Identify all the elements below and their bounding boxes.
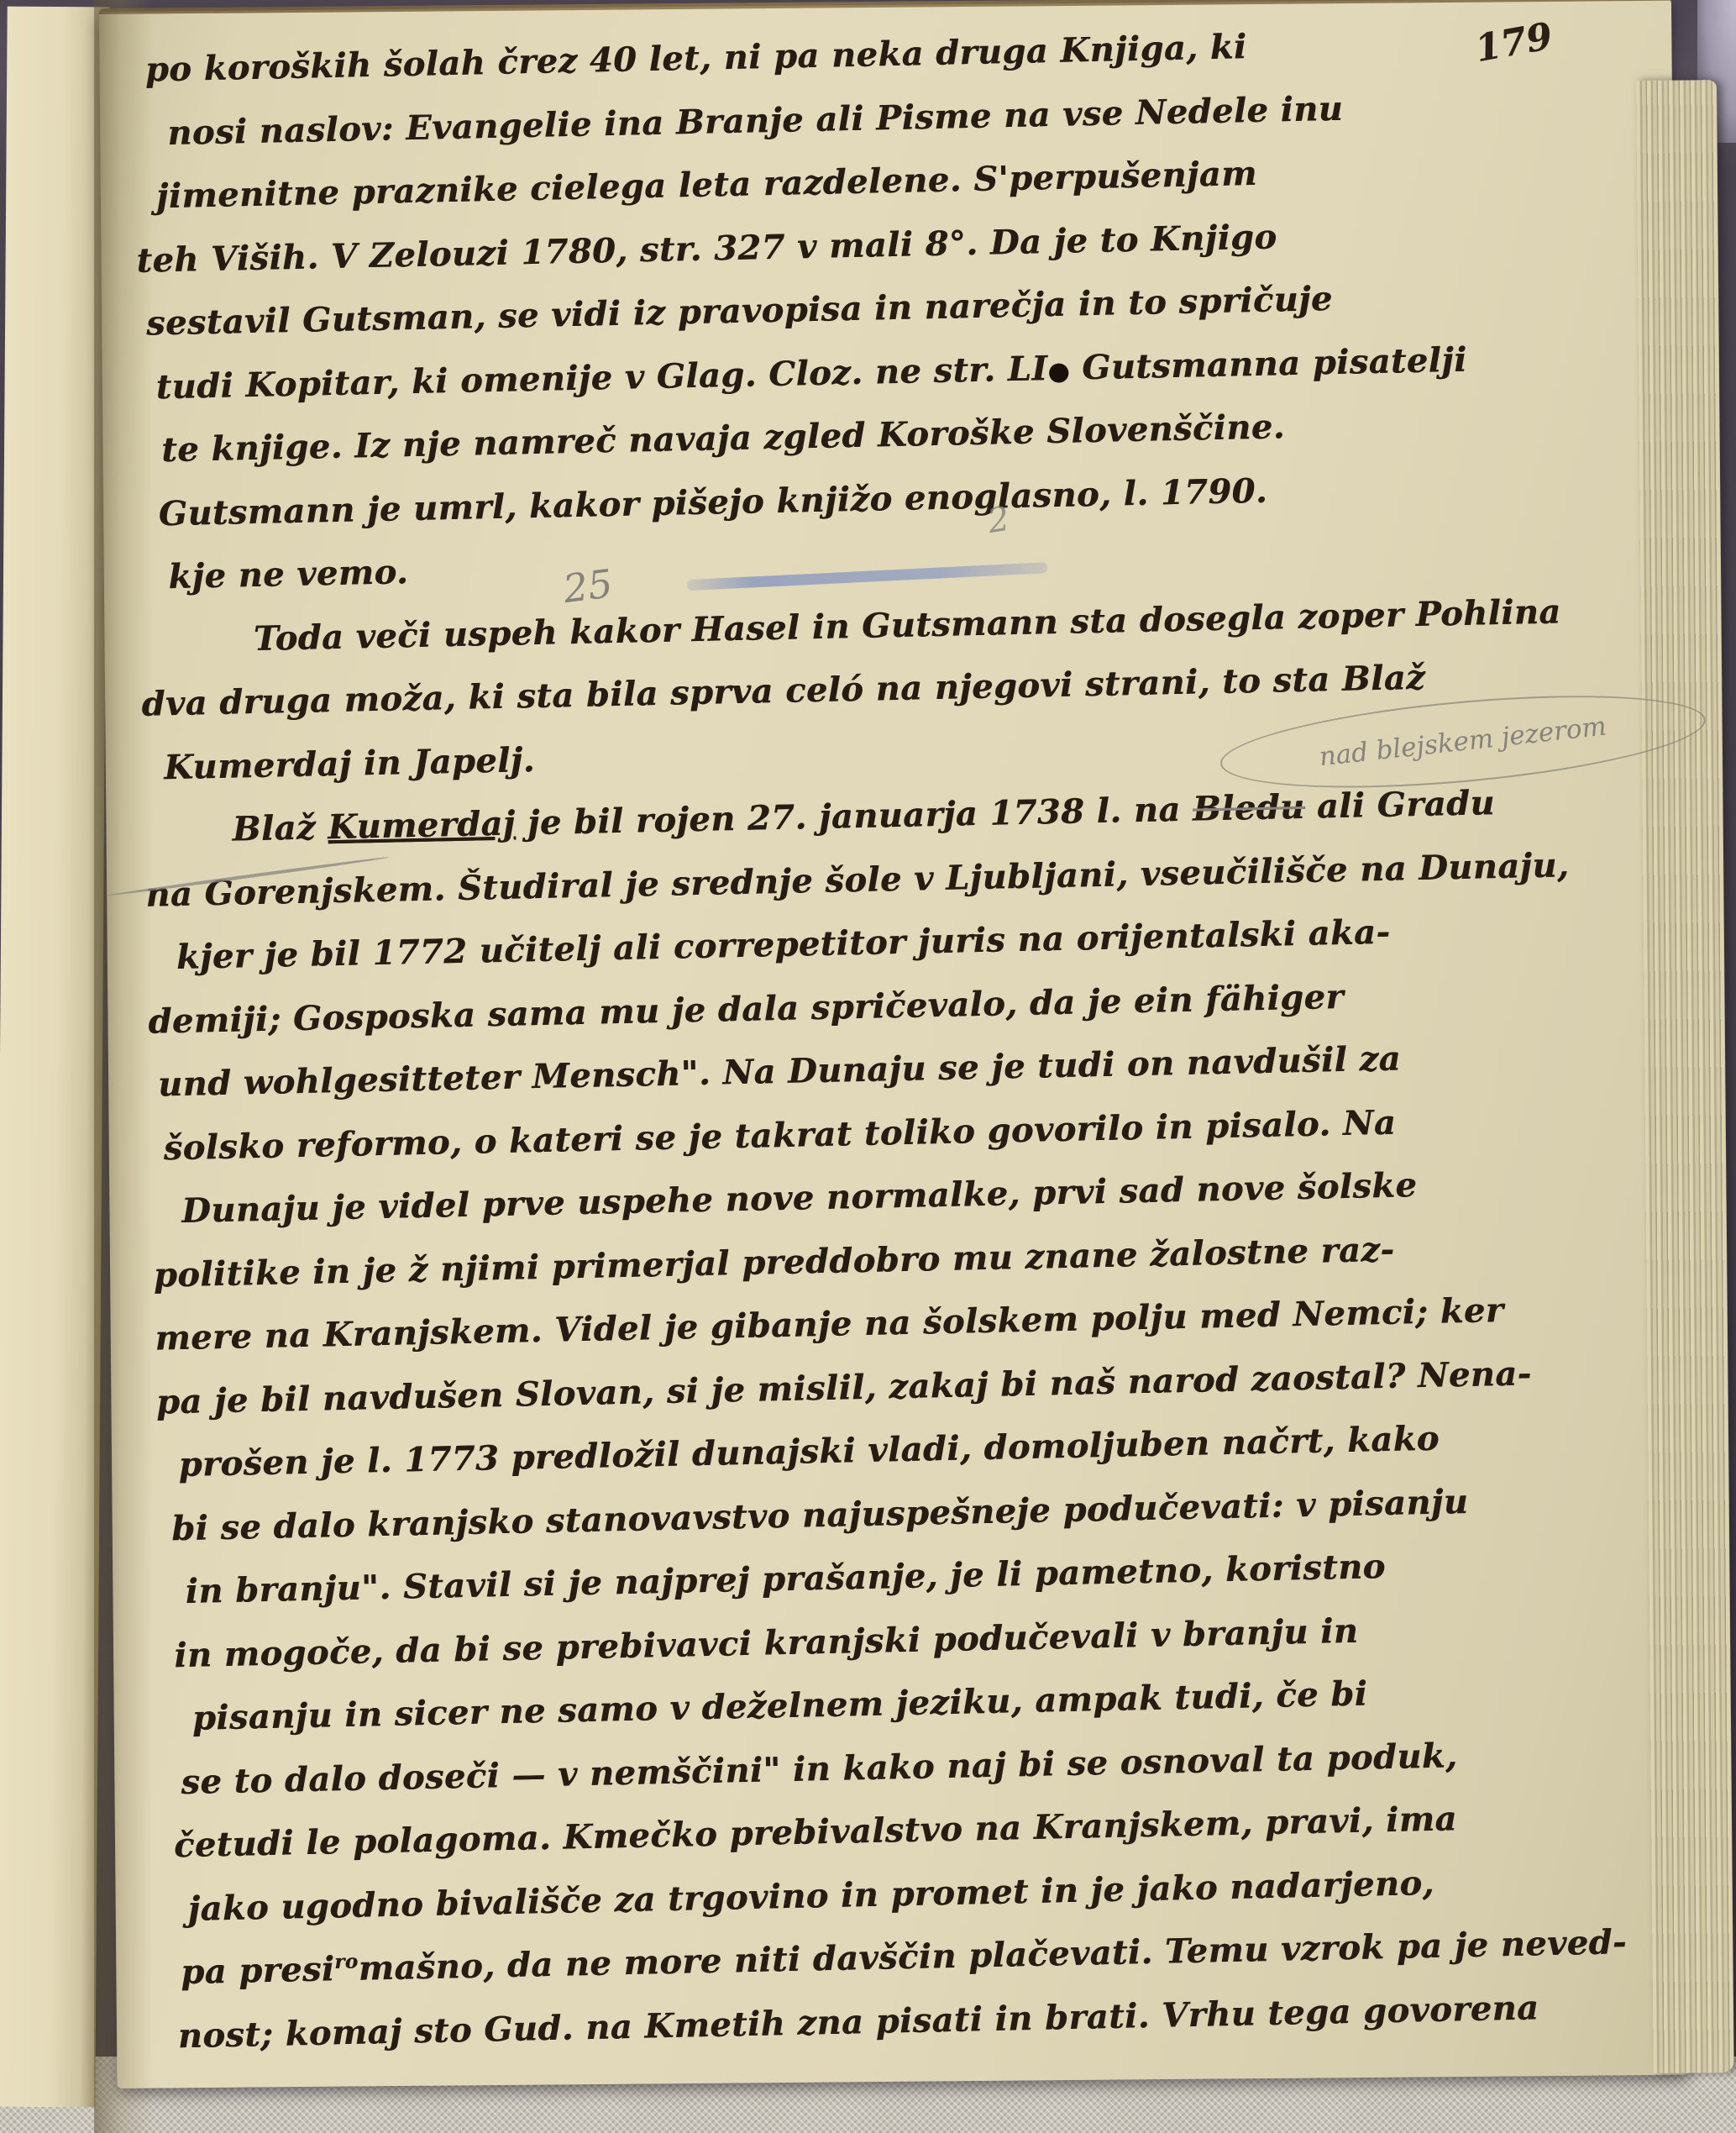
manuscript-photo: 179 po koroških šolah črez 40 let, ni pa… (0, 0, 1736, 2133)
manuscript-region: 179 po koroških šolah črez 40 let, ni pa… (128, 7, 1690, 2067)
pencil-note: nad blejskem jezerom (1318, 711, 1608, 772)
manuscript-text: po koroških šolah črez 40 let, ni pa nek… (128, 7, 1690, 2067)
pencil-number-annotation: 25 (561, 560, 616, 612)
